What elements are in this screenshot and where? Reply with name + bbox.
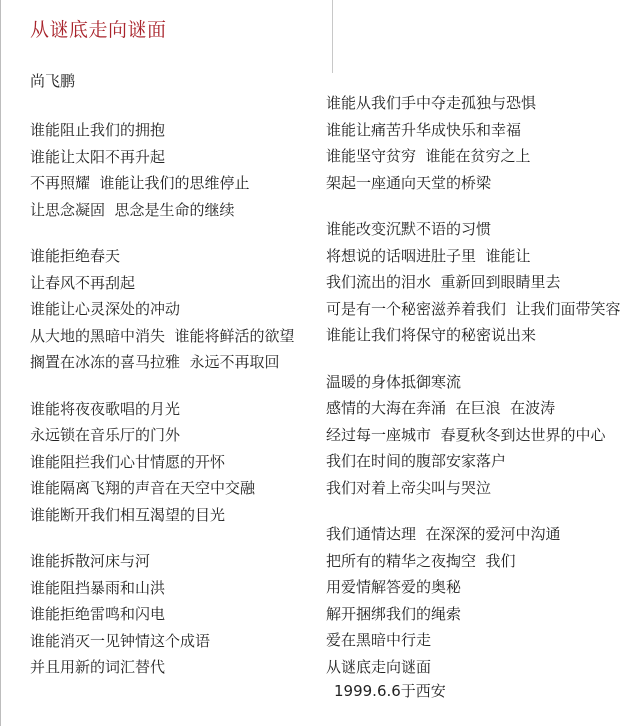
poem-line: 让春风不再刮起: [30, 270, 295, 297]
page-left-border: [0, 0, 1, 726]
poem-line: 谁能断开我们相互渴望的目光: [30, 502, 295, 529]
poem-line: 让思念凝固 思念是生命的继续: [30, 197, 295, 224]
stanza: 谁能拒绝春天 让春风不再刮起 谁能让心灵深处的冲动 从大地的黑暗中消失 谁能将鲜…: [30, 243, 295, 376]
poem-line: 谁能阻挡暴雨和山洪: [30, 575, 295, 602]
poem-line: 谁能阻止我们的拥抱: [30, 117, 295, 144]
left-column: 谁能阻止我们的拥抱 谁能让太阳不再升起 不再照耀 谁能让我们的思维停止 让思念凝…: [30, 117, 295, 701]
poem-line: 架起一座通向天堂的桥梁: [326, 170, 621, 197]
poem-line: 把所有的精华之夜掏空 我们: [326, 548, 621, 575]
stanza: 谁能拆散河床与河 谁能阻挡暴雨和山洪 谁能拒绝雷鸣和闪电 谁能消灭一见钟情这个成…: [30, 548, 295, 681]
poem-line: 谁能将夜夜歌唱的月光: [30, 396, 295, 423]
poem-line: 从谜底走向谜面: [326, 654, 621, 681]
poem-line: 爱在黑暗中行走: [326, 627, 621, 654]
right-column: 谁能从我们手中夺走孤独与恐惧 谁能让痛苦升华成快乐和幸福 谁能坚守贫穷 谁能在贫…: [326, 90, 621, 700]
poem-line: 搁置在冰冻的喜马拉雅 永远不再取回: [30, 349, 295, 376]
poem-line: 谁能阻拦我们心甘情愿的开怀: [30, 449, 295, 476]
poem-line: 感情的大海在奔涌 在巨浪 在波涛: [326, 395, 621, 422]
poem-line: 谁能拒绝雷鸣和闪电: [30, 601, 295, 628]
poem-line: 谁能拆散河床与河: [30, 548, 295, 575]
poem-line: 谁能坚守贫穷 谁能在贫穷之上: [326, 143, 621, 170]
poem-author: 尚飞鹏: [30, 70, 75, 92]
poem-line: 可是有一个秘密滋养着我们 让我们面带笑容: [326, 296, 621, 323]
poem-line: 我们对着上帝尖叫与哭泣: [326, 475, 621, 502]
poem-title: 从谜底走向谜面: [30, 17, 167, 43]
poem-line: 用爱情解答爱的奥秘: [326, 574, 621, 601]
poem-line: 将想说的话咽进肚子里 谁能让: [326, 243, 621, 270]
poem-line: 谁能让太阳不再升起: [30, 144, 295, 171]
stanza: 谁能阻止我们的拥抱 谁能让太阳不再升起 不再照耀 谁能让我们的思维停止 让思念凝…: [30, 117, 295, 223]
poem-line: 经过每一座城市 春夏秋冬到达世界的中心: [326, 422, 621, 449]
stanza: 谁能将夜夜歌唱的月光 永远锁在音乐厅的门外 谁能阻拦我们心甘情愿的开怀 谁能隔离…: [30, 396, 295, 529]
poem-line: 谁能让我们将保守的秘密说出来: [326, 322, 621, 349]
poem-line: 谁能拒绝春天: [30, 243, 295, 270]
poem-line: 谁能让心灵深处的冲动: [30, 296, 295, 323]
stanza: 温暖的身体抵御寒流 感情的大海在奔涌 在巨浪 在波涛 经过每一座城市 春夏秋冬到…: [326, 369, 621, 502]
poem-line: 谁能让痛苦升华成快乐和幸福: [326, 117, 621, 144]
poem-line: 温暖的身体抵御寒流: [326, 369, 621, 396]
stanza: 谁能从我们手中夺走孤独与恐惧 谁能让痛苦升华成快乐和幸福 谁能坚守贫穷 谁能在贫…: [326, 90, 621, 196]
poem-line: 我们流出的泪水 重新回到眼睛里去: [326, 269, 621, 296]
poem-line: 谁能消灭一见钟情这个成语: [30, 628, 295, 655]
poem-line: 并且用新的词汇替代: [30, 654, 295, 681]
poem-line: 谁能隔离飞翔的声音在天空中交融: [30, 475, 295, 502]
stanza: 谁能改变沉默不语的习惯 将想说的话咽进肚子里 谁能让 我们流出的泪水 重新回到眼…: [326, 216, 621, 349]
poem-line: 我们在时间的腹部安家落户: [326, 448, 621, 475]
poem-line: 谁能改变沉默不语的习惯: [326, 216, 621, 243]
poem-line: 永远锁在音乐厅的门外: [30, 422, 295, 449]
poem-line: 我们通情达理 在深深的爱河中沟通: [326, 521, 621, 548]
poem-line: 不再照耀 谁能让我们的思维停止: [30, 170, 295, 197]
date-signature: 1999.6.6于西安: [334, 680, 446, 702]
poem-line: 解开捆绑我们的绳索: [326, 601, 621, 628]
stanza: 我们通情达理 在深深的爱河中沟通 把所有的精华之夜掏空 我们 用爱情解答爱的奥秘…: [326, 521, 621, 680]
poem-line: 谁能从我们手中夺走孤独与恐惧: [326, 90, 621, 117]
poem-line: 从大地的黑暗中消失 谁能将鲜活的欲望: [30, 323, 295, 350]
column-divider: [332, 0, 333, 73]
